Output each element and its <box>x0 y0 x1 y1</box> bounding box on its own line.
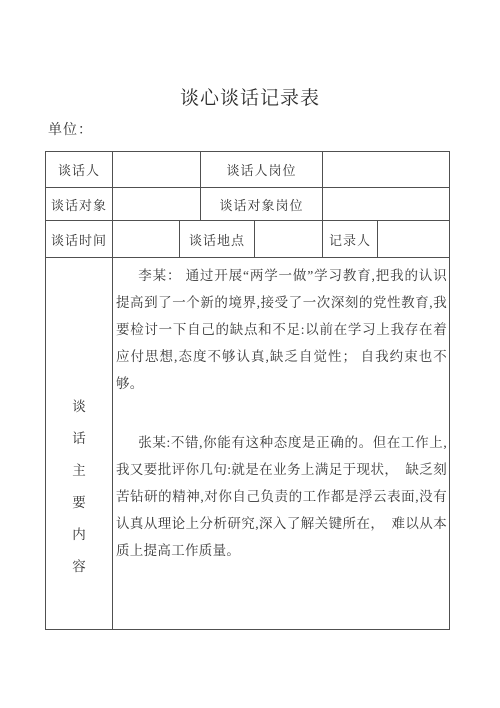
vertical-label-char: 主 <box>46 464 112 478</box>
table-row-talker: 谈话人 谈话人岗位 <box>46 152 450 188</box>
talker-post-value-cell <box>323 152 450 188</box>
talker-label: 谈话人 <box>46 152 113 188</box>
recorder-value-cell <box>378 221 450 258</box>
target-value-cell <box>113 188 201 221</box>
vertical-label-char: 内 <box>46 528 112 542</box>
talker-value-cell <box>113 152 201 188</box>
place-label: 谈话地点 <box>180 221 255 258</box>
vertical-label-char: 要 <box>46 496 112 510</box>
record-table: 谈话人 谈话人岗位 谈话对象 谈话对象岗位 谈话时间 谈话地点 记录人 <box>45 151 450 630</box>
unit-label: 单位： <box>48 119 93 139</box>
vertical-label-char: 谈 <box>46 400 112 414</box>
content-vertical-label: 谈 话 主 要 内 容 <box>46 258 113 630</box>
table-row-time-place-recorder: 谈话时间 谈话地点 记录人 <box>46 221 450 258</box>
talk-paragraph-limou: 李某： 通过开展“两学一做”学习教育,把我的认识提高到了一个新的境界,接受了一次… <box>116 262 447 397</box>
vertical-label-char: 容 <box>46 560 112 574</box>
target-post-label: 谈话对象岗位 <box>201 188 323 221</box>
recorder-label: 记录人 <box>323 221 378 258</box>
place-value-cell <box>255 221 323 258</box>
time-label: 谈话时间 <box>46 221 113 258</box>
target-label: 谈话对象 <box>46 188 113 221</box>
target-post-value-cell <box>323 188 450 221</box>
talk-content-cell: 李某： 通过开展“两学一做”学习教育,把我的认识提高到了一个新的境界,接受了一次… <box>113 258 450 630</box>
vertical-label-char: 话 <box>46 432 112 446</box>
table-row-target: 谈话对象 谈话对象岗位 <box>46 188 450 221</box>
document-page: 谈心谈话记录表 单位： 谈话人 谈话人岗位 谈话对象 谈话对象岗位 谈话时间 <box>0 0 500 708</box>
time-value-cell <box>113 221 180 258</box>
talker-post-label: 谈话人岗位 <box>201 152 323 188</box>
table-row-main-content: 谈 话 主 要 内 容 李某： 通过开展“两学一做”学习教育,把我的认识提高到了… <box>46 258 450 630</box>
talk-paragraph-zhangmou: 张某:不错,你能有这种态度是正确的。但在工作上,我又要批评你几句:就是在业务上满… <box>116 429 447 564</box>
page-title: 谈心谈话记录表 <box>0 83 500 110</box>
